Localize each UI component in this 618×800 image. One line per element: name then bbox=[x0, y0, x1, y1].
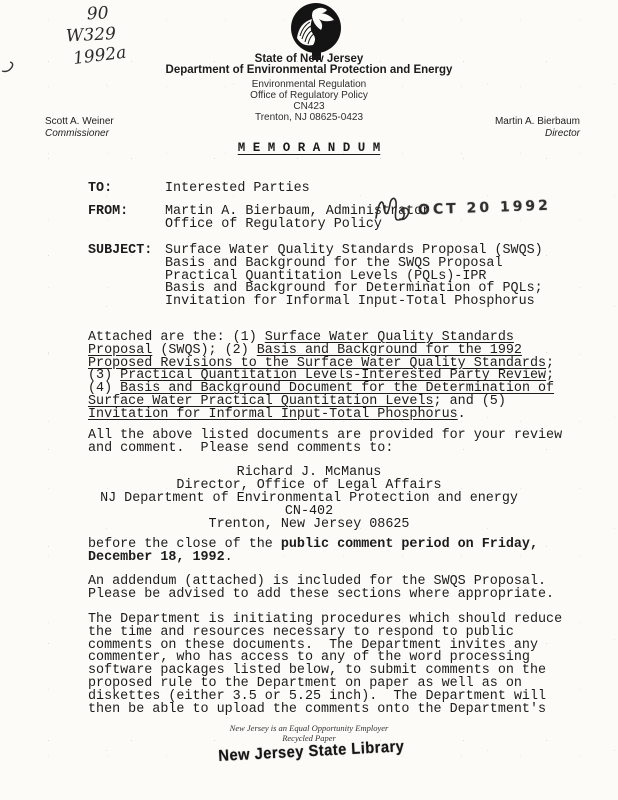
page-footer: New Jersey is an Equal Opportunity Emplo… bbox=[0, 724, 618, 743]
recycled-paper-line: Recycled Paper bbox=[0, 734, 618, 744]
date-received-stamp: OCT 20 1992 bbox=[418, 198, 551, 219]
review-paragraph: All the above listed documents are provi… bbox=[88, 430, 562, 456]
header-office: Office of Regulatory Policy bbox=[0, 90, 618, 101]
handwritten-line: 90 bbox=[86, 2, 124, 25]
attachments-paragraph: Attached are the: (1) Surface Water Qual… bbox=[88, 332, 554, 422]
procedures-paragraph: The Department is initiating procedures … bbox=[88, 614, 562, 716]
deadline-paragraph: before the close of the public comment p… bbox=[88, 539, 538, 565]
commissioner-name: Scott A. Weiner bbox=[45, 116, 114, 128]
from-label: FROM: bbox=[88, 206, 165, 232]
addendum-paragraph: An addendum (attached) is included for t… bbox=[88, 576, 554, 602]
to-value: Interested Parties bbox=[165, 183, 310, 196]
handwritten-initials-icon bbox=[372, 194, 418, 226]
scanned-memo-page: 90 W329 1992a State of New Jersey Depart… bbox=[0, 0, 618, 800]
to-label: TO: bbox=[88, 183, 165, 196]
header-division: Environmental Regulation bbox=[0, 79, 618, 90]
memo-subject-row: SUBJECT: Surface Water Quality Standards… bbox=[88, 245, 543, 309]
header-department-name: Department of Environmental Protection a… bbox=[0, 64, 618, 76]
commissioner-block: Scott A. Weiner Commissioner bbox=[45, 116, 114, 139]
header-mailcode: CN423 bbox=[0, 101, 618, 112]
contact-address-block: Richard J. McManusDirector, Office of Le… bbox=[0, 466, 618, 531]
memo-heading: M E M O R A N D U M bbox=[0, 138, 618, 156]
memo-heading-text: M E M O R A N D U M bbox=[238, 141, 381, 155]
received-stamp-area: OCT 20 1992 bbox=[372, 194, 551, 226]
director-name: Martin A. Bierbaum bbox=[495, 116, 580, 128]
subject-label: SUBJECT: bbox=[88, 245, 165, 309]
director-block: Martin A. Bierbaum Director bbox=[495, 116, 580, 139]
memo-to-row: TO: Interested Parties bbox=[88, 183, 310, 196]
subject-value: Surface Water Quality Standards Proposal… bbox=[165, 245, 543, 309]
